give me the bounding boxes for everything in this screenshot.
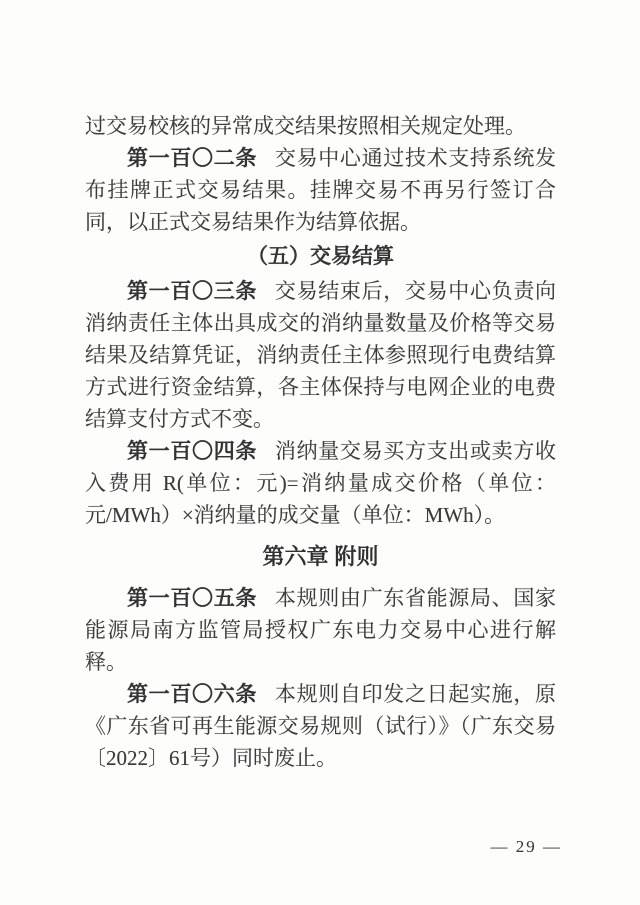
article-paragraph: 第一百〇三条交易结束后，交易中心负责向消纳责任主体出具成交的消纳量数量及价格等交…: [85, 275, 556, 435]
article-number: 第一百〇二条: [127, 146, 257, 170]
document-content: 过交易校核的异常成交结果按照相关规定处理。 第一百〇二条交易中心通过技术支持系统…: [85, 110, 556, 774]
paragraph-continued: 过交易校核的异常成交结果按照相关规定处理。: [85, 110, 556, 142]
article-paragraph: 第一百〇六条本规则自印发之日起实施，原《广东省可再生能源交易规则（试行）》（广东…: [85, 678, 556, 774]
article-number: 第一百〇六条: [127, 682, 257, 706]
page-number: — 29 —: [491, 837, 563, 857]
article-number: 第一百〇三条: [127, 279, 257, 303]
article-number: 第一百〇四条: [127, 439, 257, 463]
document-page: 过交易校核的异常成交结果按照相关规定处理。 第一百〇二条交易中心通过技术支持系统…: [0, 0, 640, 905]
article-paragraph: 第一百〇二条交易中心通过技术支持系统发布挂牌正式交易结果。挂牌交易不再另行签订合…: [85, 142, 556, 238]
article-paragraph: 第一百〇五条本规则由广东省能源局、国家能源局南方监管局授权广东电力交易中心进行解…: [85, 582, 556, 678]
article-number: 第一百〇五条: [127, 586, 257, 610]
section-heading: （五）交易结算: [85, 240, 556, 273]
article-paragraph: 第一百〇四条消纳量交易买方支出或卖方收入费用 R(单位：元)=消纳量成交价格（单…: [85, 435, 556, 531]
chapter-heading: 第六章 附则: [85, 540, 556, 574]
